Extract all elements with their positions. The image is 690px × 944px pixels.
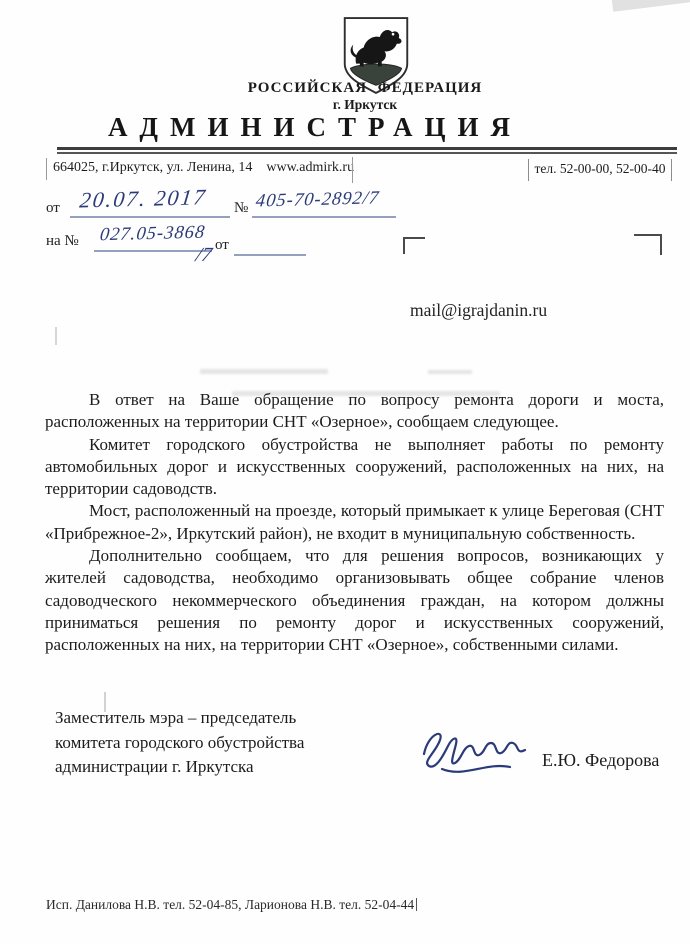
- contact-info-bar: 664025, г.Иркутск, ул. Ленина, 14www.adm…: [46, 157, 670, 185]
- city-line: г. Иркутск: [215, 97, 515, 113]
- phone-numbers: тел. 52-00-00, 52-00-40: [528, 159, 672, 181]
- website-url: www.admirk.ru: [266, 160, 354, 175]
- handwritten-date: 20.07. 2017: [68, 184, 208, 214]
- signer-name: Е.Ю. Федорова: [542, 750, 659, 771]
- handwritten-incoming-number: 027.05-3868: [93, 223, 207, 247]
- address-text: 664025, г.Иркутск, ул. Ленина, 14: [53, 160, 252, 175]
- signer-position-line: комитета городского обустройства: [55, 731, 385, 756]
- erased-text-artifact: [428, 370, 472, 374]
- body-paragraph: Мост, расположенный на проезде, который …: [45, 500, 664, 545]
- header-double-rule: [57, 147, 677, 154]
- scan-artifact: [55, 327, 57, 345]
- addressee-corner-mark-right: [634, 234, 662, 255]
- signer-position-line: Заместитель мэра – председатель: [55, 706, 385, 731]
- body-paragraph: В ответ на Ваше обращение по вопросу рем…: [45, 389, 664, 434]
- signer-position-line: администрации г. Иркутска: [55, 755, 385, 780]
- executors-text: Исп. Данилова Н.В. тел. 52-04-85, Ларион…: [46, 897, 414, 912]
- letter-body: В ответ на Ваше обращение по вопросу рем…: [45, 389, 664, 657]
- handwritten-signature: [412, 720, 536, 784]
- body-paragraph: Комитет городского обустройства не выпол…: [45, 434, 664, 501]
- divider: [352, 157, 353, 183]
- incoming-from-label: от: [215, 237, 229, 254]
- body-paragraph: Дополнительно сообщаем, что для решения …: [45, 545, 664, 656]
- scanned-letter-page: РОССИЙСКАЯ ФЕДЕРАЦИЯ г. Иркутск АДМИНИСТ…: [0, 0, 690, 944]
- outgoing-number-field: 405-70-2892/7: [252, 186, 396, 218]
- signer-position: Заместитель мэра – председатель комитета…: [55, 706, 385, 780]
- incoming-number-field: 027.05-3868: [94, 220, 212, 252]
- handwritten-number-suffix: /7: [194, 244, 214, 267]
- reply-to-label: на №: [46, 233, 79, 250]
- addressee-email: mail@igrajdanin.ru: [410, 300, 547, 321]
- scan-edge-artifact: [611, 0, 690, 12]
- executors-line: Исп. Данилова Н.В. тел. 52-04-85, Ларион…: [46, 897, 417, 913]
- divider: [46, 158, 47, 180]
- outgoing-from-label: от: [46, 200, 60, 217]
- scan-artifact-cursor: [416, 898, 417, 911]
- outgoing-number-label: №: [234, 200, 248, 217]
- erased-text-artifact: [200, 369, 328, 374]
- organization-title: АДМИНИСТРАЦИЯ: [0, 112, 630, 143]
- incoming-date-field-empty: [234, 224, 306, 256]
- country-line: РОССИЙСКАЯ ФЕДЕРАЦИЯ: [215, 80, 515, 97]
- handwritten-outgoing-number: 405-70-2892/7: [251, 188, 381, 212]
- outgoing-date-field: 20.07. 2017: [70, 186, 230, 218]
- addressee-corner-mark-left: [403, 237, 425, 254]
- postal-address: 664025, г.Иркутск, ул. Ленина, 14www.adm…: [53, 160, 354, 176]
